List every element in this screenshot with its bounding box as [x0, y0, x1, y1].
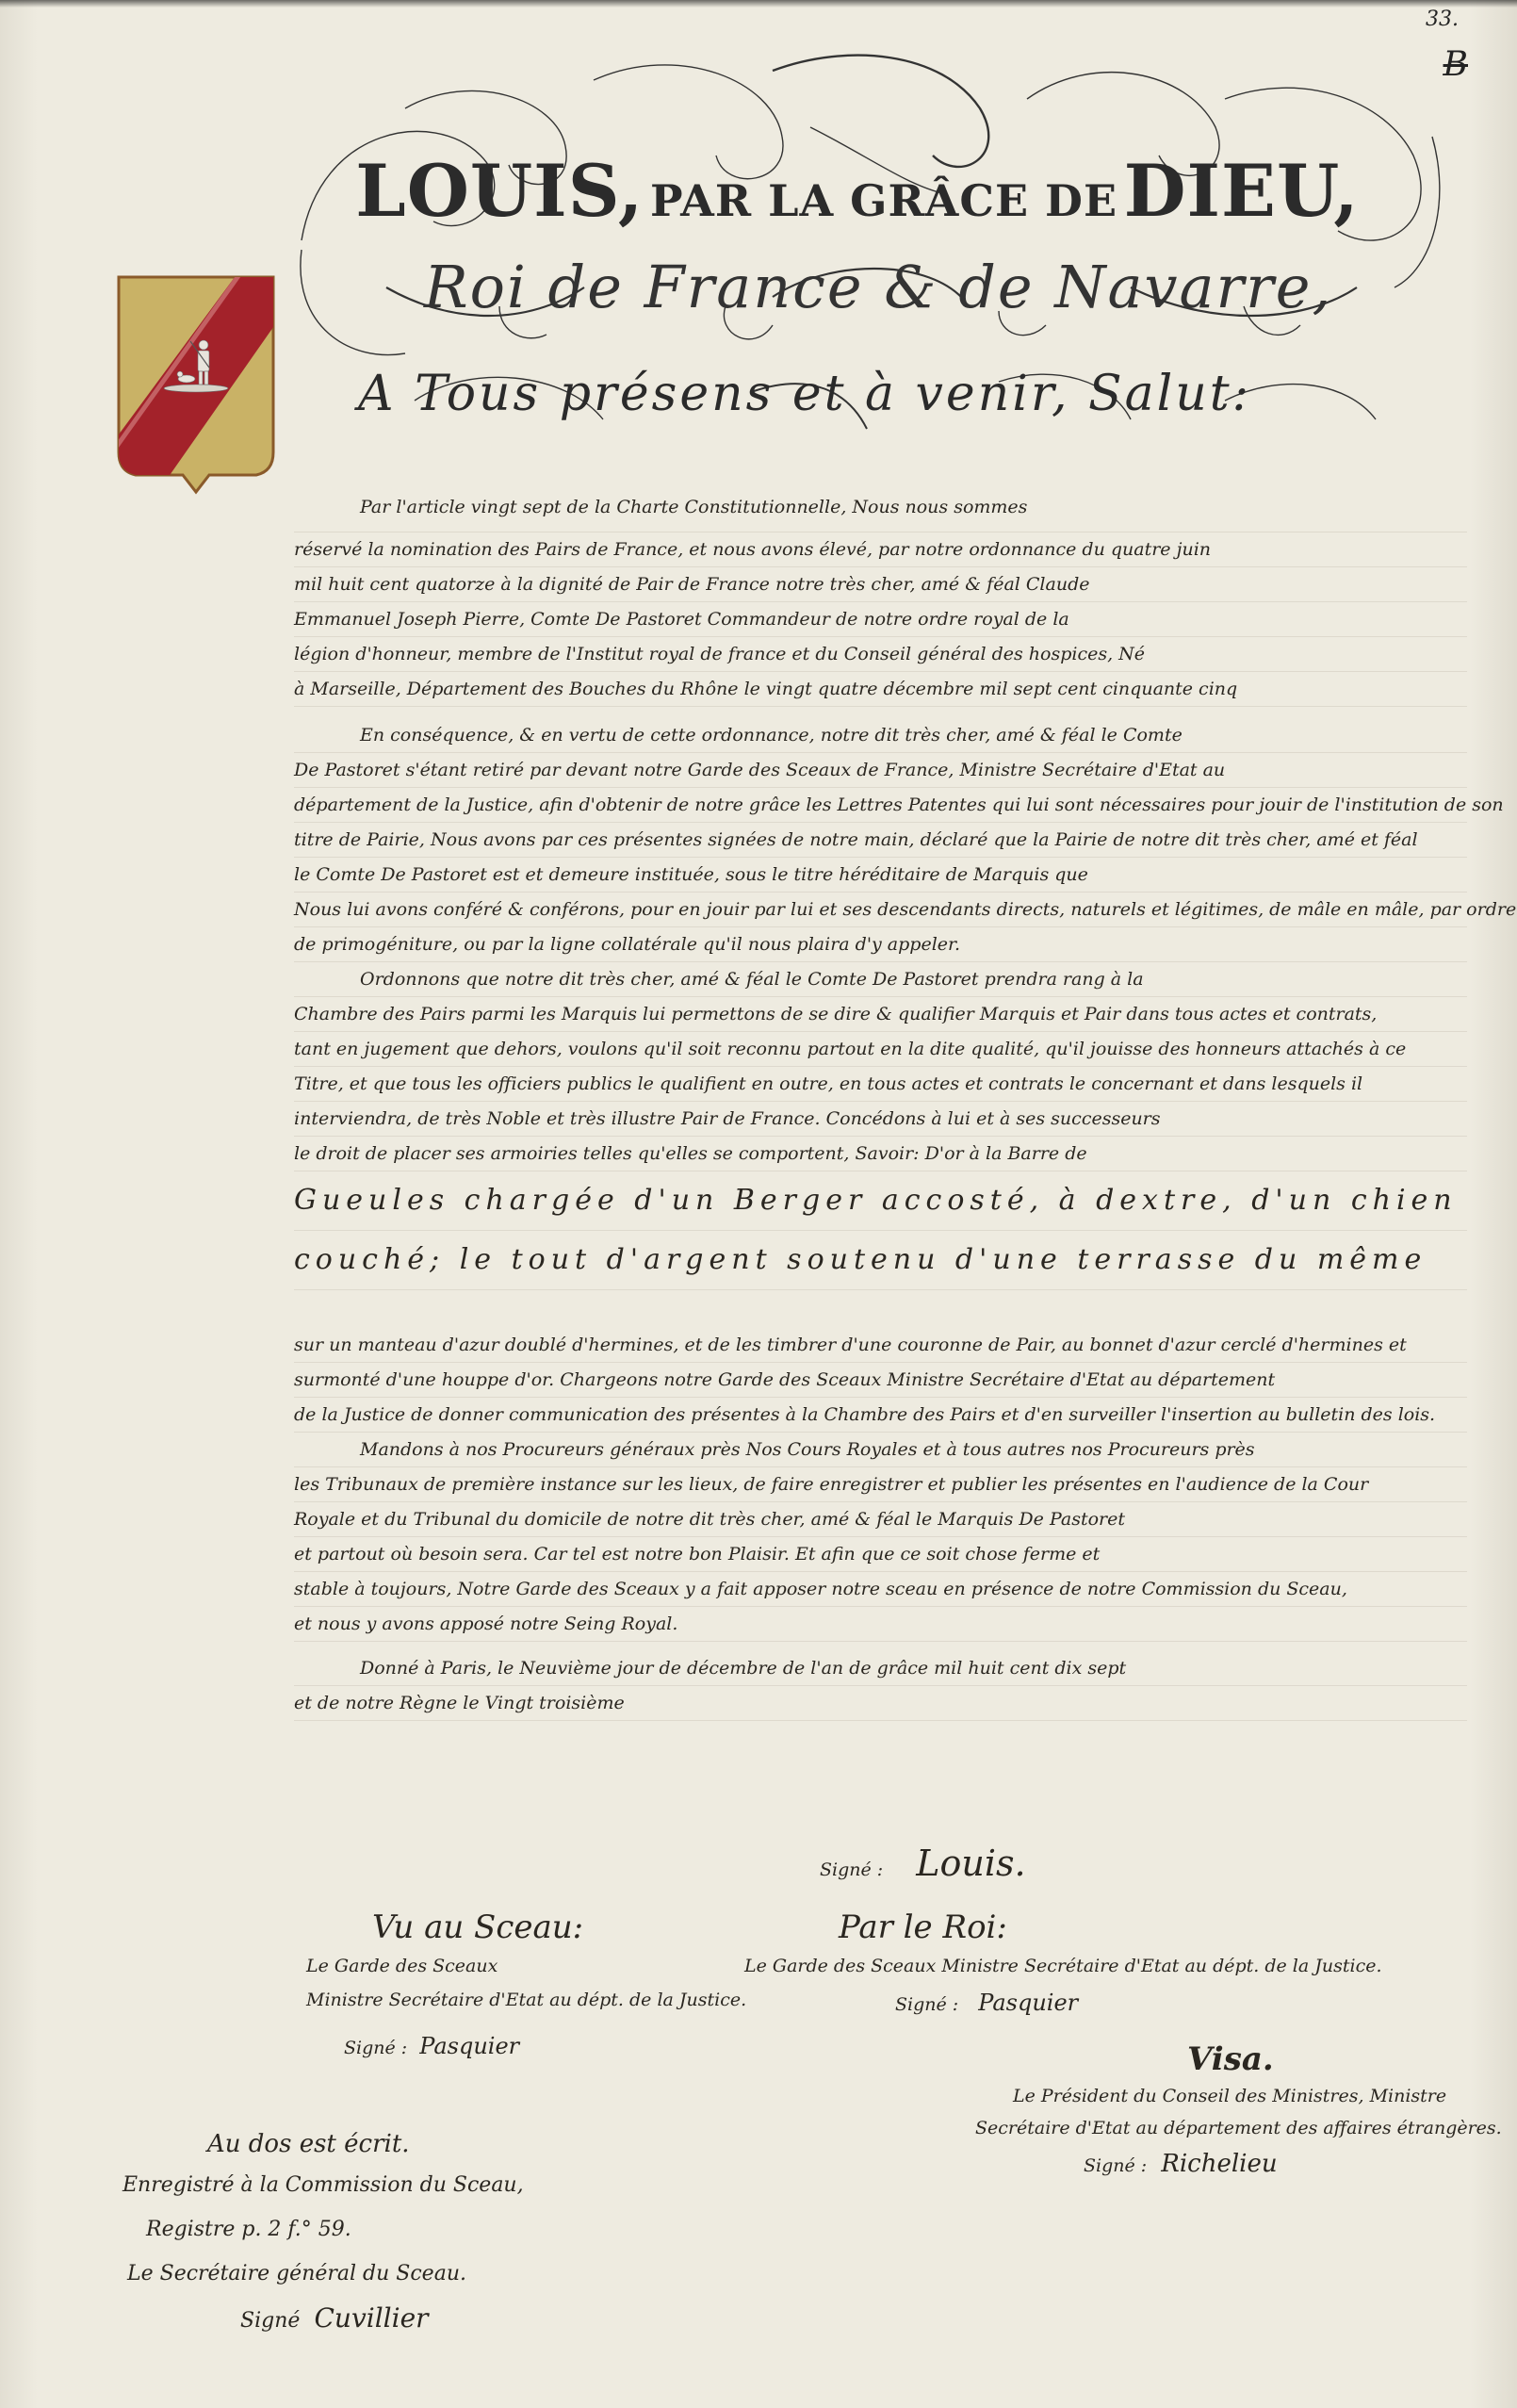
signed-label: Signé :: [1084, 2155, 1147, 2176]
block-line: Le Garde des Sceaux Ministre Secrétaire …: [744, 1956, 1382, 1976]
text-line: légion d'honneur, membre de l'Institut r…: [294, 637, 1467, 672]
title-par-la-grace: PAR LA GRÂCE DE: [650, 175, 1117, 226]
text-line: mil huit cent quatorze à la dignité de P…: [294, 567, 1467, 602]
title-louis: LOUIS,: [355, 149, 644, 233]
endorsement-au-dos: Au dos est écrit. Enregistré à la Commis…: [122, 2130, 524, 2334]
text-line: de primogéniture, ou par la ligne collat…: [294, 927, 1467, 962]
text-line: Royale et du Tribunal du domicile de not…: [294, 1502, 1467, 1537]
text-line: Par l'article vingt sept de la Charte Co…: [294, 490, 1467, 532]
text-line: Ordonnons que notre dit très cher, amé &…: [294, 962, 1467, 997]
block-line: Le Garde des Sceaux: [306, 1956, 746, 1976]
signature-name: Cuvillier: [314, 2302, 428, 2334]
block-heading: Par le Roi:: [839, 1908, 1382, 1946]
title-dieu: DIEU,: [1124, 149, 1360, 233]
text-line: de la Justice de donner communication de…: [294, 1398, 1467, 1433]
text-line: tant en jugement que dehors, voulons qu'…: [294, 1032, 1467, 1067]
letters-patent-body: Par l'article vingt sept de la Charte Co…: [294, 490, 1467, 1721]
signature-par-le-roi: Par le Roi: Le Garde des Sceaux Ministre…: [744, 1908, 1382, 2016]
signature-name: Richelieu: [1161, 2150, 1277, 2178]
blazon-line: couché; le tout d'argent soutenu d'une t…: [294, 1231, 1467, 1290]
text-line: De Pastoret s'étant retiré par devant no…: [294, 753, 1467, 788]
text-line: et de notre Règne le Vingt troisième: [294, 1686, 1467, 1721]
block-heading: Visa.: [1187, 2040, 1502, 2078]
text-line: réservé la nomination des Pairs de Franc…: [294, 532, 1467, 567]
title-salut: A Tous présens et à venir, Salut:: [358, 366, 1395, 422]
blazon-line: Gueules chargée d'un Berger accosté, à d…: [294, 1171, 1467, 1231]
text-line: et partout où besoin sera. Car tel est n…: [294, 1537, 1467, 1572]
block-line: Ministre Secrétaire d'Etat au dépt. de l…: [306, 1990, 746, 2010]
block-heading: Vu au Sceau:: [372, 1908, 746, 1946]
text-line: surmonté d'une houppe d'or. Chargeons no…: [294, 1363, 1467, 1398]
signed-label: Signé :: [820, 1859, 883, 1880]
coat-of-arms-icon: [115, 273, 277, 496]
text-line: Titre, et que tous les officiers publics…: [294, 1067, 1467, 1102]
paragraph-en-consequence: En conséquence, & en vertu de cette ordo…: [294, 718, 1467, 962]
document-page: 33. B LOUIS, PAR LA GRÂCE DE DIEU, Roi d…: [0, 0, 1517, 2408]
signed-label: Signé :: [895, 1994, 958, 2015]
signature-name: Pasquier: [978, 1990, 1078, 2016]
block-heading: Au dos est écrit.: [207, 2130, 524, 2158]
registry-reference: Registre p. 2 f.° 59.: [146, 2218, 524, 2241]
block-line: Secrétaire d'Etat au département des aff…: [975, 2118, 1502, 2138]
signature-vu-au-sceau: Vu au Sceau: Le Garde des Sceaux Ministr…: [306, 1908, 746, 2059]
folio-number: 33.: [1426, 8, 1459, 31]
block-line: Le Secrétaire général du Sceau.: [127, 2262, 524, 2285]
paragraph-preamble: Par l'article vingt sept de la Charte Co…: [294, 490, 1467, 707]
title-roi-de-france: Roi de France & de Navarre,: [424, 253, 1460, 321]
signature-king: Signé : Louis.: [820, 1843, 1026, 1884]
text-line: interviendra, de très Noble et très illu…: [294, 1102, 1467, 1137]
text-line: Mandons à nos Procureurs généraux près N…: [294, 1433, 1467, 1467]
signature-visa: Visa. Le Président du Conseil des Minist…: [975, 2040, 1502, 2178]
text-line: stable à toujours, Notre Garde des Sceau…: [294, 1572, 1467, 1607]
text-line: le droit de placer ses armoiries telles …: [294, 1137, 1467, 1171]
blazon: Gueules chargée d'un Berger accosté, à d…: [294, 1171, 1467, 1290]
paragraph-mandons: Mandons à nos Procureurs généraux près N…: [294, 1433, 1467, 1642]
block-line: Enregistré à la Commission du Sceau,: [122, 2173, 524, 2197]
signature-name: Louis.: [916, 1843, 1025, 1884]
signature-name: Pasquier: [419, 2033, 519, 2059]
text-line: titre de Pairie, Nous avons par ces prés…: [294, 823, 1467, 858]
text-line: le Comte De Pastoret est et demeure inst…: [294, 858, 1467, 893]
text-line: sur un manteau d'azur doublé d'hermines,…: [294, 1328, 1467, 1363]
text-line: à Marseille, Département des Bouches du …: [294, 672, 1467, 707]
paragraph-ordonnons: Ordonnons que notre dit très cher, amé &…: [294, 962, 1467, 1171]
document-title: LOUIS, PAR LA GRÂCE DE DIEU,: [339, 149, 1376, 233]
block-line: Le Président du Conseil des Ministres, M…: [1013, 2086, 1502, 2106]
text-line: département de la Justice, afin d'obteni…: [294, 788, 1467, 823]
text-line: et nous y avons apposé notre Seing Royal…: [294, 1607, 1467, 1642]
text-line: En conséquence, & en vertu de cette ordo…: [294, 718, 1467, 753]
text-line: Donné à Paris, le Neuvième jour de décem…: [294, 1651, 1467, 1686]
text-line: les Tribunaux de première instance sur l…: [294, 1467, 1467, 1502]
paragraph-donne: Donné à Paris, le Neuvième jour de décem…: [294, 1651, 1467, 1721]
paragraph-chargeons: sur un manteau d'azur doublé d'hermines,…: [294, 1328, 1467, 1433]
text-line: Nous lui avons conféré & conférons, pour…: [294, 893, 1467, 927]
text-line: Chambre des Pairs parmi les Marquis lui …: [294, 997, 1467, 1032]
signed-label: Signé :: [344, 2038, 407, 2058]
text-line: Emmanuel Joseph Pierre, Comte De Pastore…: [294, 602, 1467, 637]
signed-label: Signé: [240, 2309, 300, 2333]
